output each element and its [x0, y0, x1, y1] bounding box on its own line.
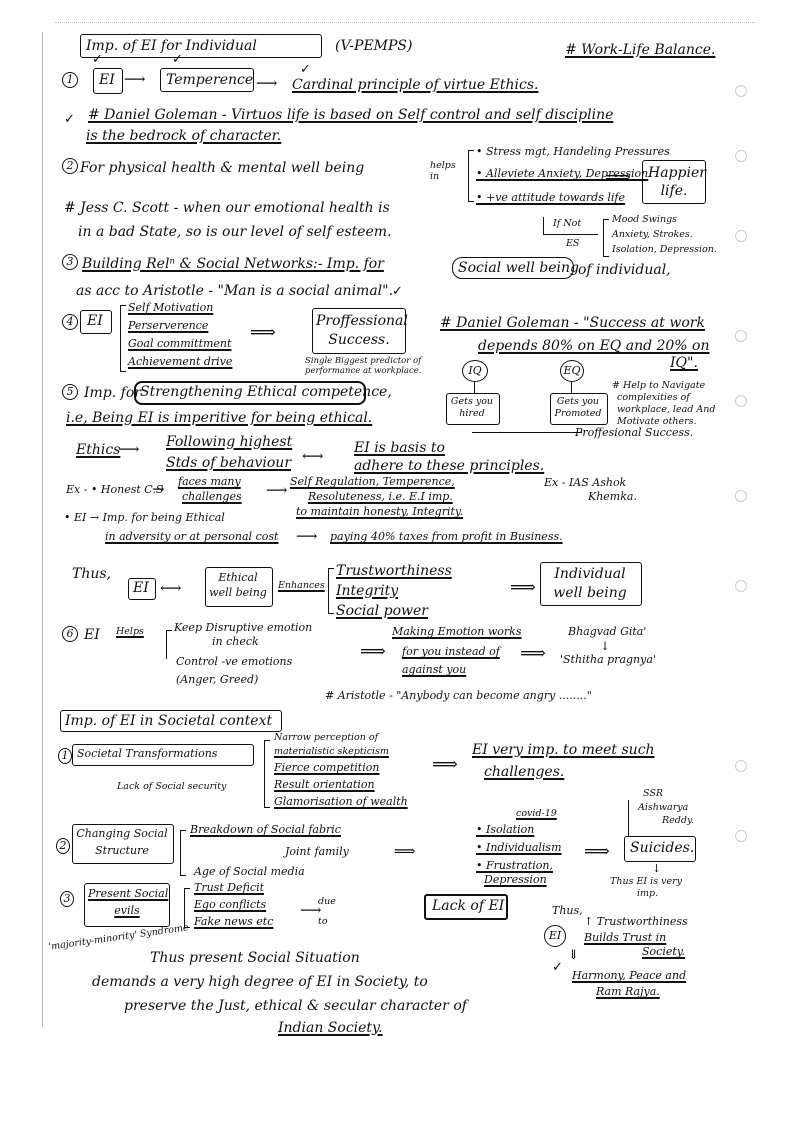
physical-health-text: For physical health & mental well being	[80, 160, 364, 176]
thus-label: Thus,	[552, 905, 583, 917]
es-label: ES	[566, 238, 579, 249]
trust-item: ↑ Trustworthiness	[584, 916, 688, 928]
gets-hired: Gets you hired	[449, 396, 495, 420]
transformation-item: Glamorisation of wealth	[274, 796, 408, 808]
bracket	[120, 305, 126, 372]
helps-item: (Anger, Greed)	[176, 674, 258, 686]
social-evils: evils	[88, 905, 166, 917]
predictor-note: Single Biggest predictor of performance …	[305, 356, 425, 376]
sthitha-pragnya: 'Sthitha pragnya'	[560, 654, 656, 666]
helps-in: helps in	[430, 160, 458, 182]
thus-label: Thus,	[72, 566, 111, 582]
ei-label: EI	[133, 580, 149, 596]
ei-label: EI	[84, 627, 100, 643]
goleman-quote-1: # Daniel Goleman - Virtuos life is based…	[88, 107, 613, 123]
scott-quote-1: # Jess C. Scott - when our emotional hea…	[64, 200, 390, 216]
conclusion: preserve the Just, ethical & secular cha…	[124, 998, 467, 1014]
helps-label: Helps	[116, 626, 144, 637]
evil-item: Trust Deficit	[194, 882, 264, 894]
if-not: If Not	[553, 218, 581, 229]
punch-hole	[735, 580, 747, 592]
arrow-icon: →	[152, 481, 165, 497]
help-note: workplace, lead And	[617, 404, 715, 415]
implies-arrow-icon: ⟹	[510, 580, 536, 596]
goleman-success-3: IQ".	[670, 355, 698, 371]
being-ei-imperative: i.e, Being EI is imperitive for being et…	[66, 410, 372, 426]
down-arrow-icon: ⇓	[568, 948, 579, 964]
harmony: Harmony, Peace and	[572, 970, 686, 982]
goleman-success-1: # Daniel Goleman - "Success at work	[440, 315, 705, 331]
trait: Perserverence	[128, 320, 208, 332]
check-icon: ✓	[64, 112, 75, 127]
notes-page: Imp. of EI for Individual (V-PEMPS) # Wo…	[0, 0, 793, 1122]
changing-structure: Changing Social	[76, 828, 168, 840]
effect-item: • Frustration,	[476, 860, 553, 872]
ethical-competence: Strengthening Ethical competence,	[140, 384, 392, 400]
punch-hole	[735, 830, 747, 842]
punch-hole	[735, 85, 747, 97]
self-regulation: Resoluteness, i.e. E.I imp.	[308, 491, 453, 503]
down-arrow-icon: ↓	[652, 861, 661, 877]
evil-item: Fake news etc	[194, 916, 273, 928]
aristotle-social: as acc to Aristotle - "Man is a social a…	[76, 283, 393, 299]
punch-hole	[735, 330, 747, 342]
point-number: 2	[56, 838, 70, 854]
connector	[472, 432, 582, 433]
goleman-quote-2: is the bedrock of character.	[86, 128, 281, 144]
quality: Integrity	[336, 583, 398, 599]
bhagavad-gita: Bhagvad Gita'	[568, 626, 646, 638]
example-khemka: Khemka.	[588, 491, 637, 503]
thus-very-imp: imp.	[637, 888, 658, 899]
eq-circle: EQ	[560, 360, 584, 382]
trait: Self Motivation	[128, 302, 213, 314]
ethical-wellbeing: Ethical	[208, 572, 268, 584]
punch-hole	[735, 760, 747, 772]
meet-challenges: challenges.	[484, 764, 564, 780]
changing-structure: Structure	[76, 845, 168, 857]
self-regulation: Self Regulation, Temperence,	[290, 476, 455, 488]
double-arrow-icon: ⟷	[160, 580, 182, 596]
point-number: 3	[62, 254, 78, 270]
effect-item: Depression	[484, 874, 547, 886]
ei-ethical-bullet: in adversity or at personal cost	[105, 531, 278, 543]
making-emotions: for you instead of	[402, 646, 500, 658]
implies-arrow-icon: ⟹	[394, 843, 416, 859]
help-note: complexities of	[617, 392, 690, 403]
transformation-item: materialistic skepticism	[274, 746, 389, 757]
double-arrow-icon: ⟷	[302, 448, 324, 464]
due-to: to	[318, 916, 328, 927]
covid-note: covid-19	[516, 808, 557, 819]
ethical-wellbeing: well being	[208, 587, 268, 599]
ei-label: EI	[99, 72, 115, 88]
scott-quote-2: in a bad State, so is our level of self …	[78, 224, 392, 240]
evil-item: Ego conflicts	[194, 899, 266, 911]
case-name: SSR	[643, 788, 663, 799]
point-number: 4	[62, 314, 78, 330]
professional-success-combined: Proffesional Success.	[575, 427, 693, 439]
ei-circle: EI	[544, 925, 566, 947]
trust-item: Builds Trust in	[584, 932, 666, 944]
self-regulation: to maintain honesty, Integrity.	[296, 506, 463, 518]
implies-arrow-icon: ⟹	[520, 646, 546, 662]
punch-hole	[735, 395, 747, 407]
iq-circle: IQ	[462, 360, 488, 382]
transformation-item: Fierce competition	[274, 762, 379, 774]
section2-title: Imp. of EI in Societal context	[65, 713, 272, 729]
implies-arrow-icon: ⟹	[584, 844, 610, 860]
faces-challenges: challenges	[182, 491, 242, 503]
ei-basis: adhere to these principles.	[354, 458, 544, 474]
meet-challenges: EI very imp. to meet such	[472, 742, 655, 758]
implies-arrow-icon: ⟹	[432, 757, 458, 773]
structure-item: Joint family	[285, 846, 349, 858]
check-icon: ✓	[392, 284, 403, 299]
ei-label: EI	[87, 313, 103, 329]
divider	[543, 217, 544, 235]
punch-hole	[735, 230, 747, 242]
making-emotions: against you	[402, 664, 466, 676]
social-wellbeing: Social well being	[458, 260, 579, 276]
ei-basis: EI is basis to	[354, 440, 445, 456]
margin-line	[42, 32, 44, 1027]
bracket	[328, 568, 334, 614]
bracket	[603, 219, 609, 257]
case-name: Reddy.	[662, 815, 694, 826]
helps-item: in check	[212, 636, 259, 648]
mnemonic: (V-PEMPS)	[335, 38, 412, 54]
conclusion: Thus present Social Situation	[150, 950, 360, 966]
divider	[543, 234, 598, 235]
consequence: Anxiety, Strokes.	[612, 229, 693, 240]
arrow-icon: ⟶	[266, 482, 288, 498]
check-icon: ✓	[172, 52, 183, 67]
enhances-label: Enhances	[278, 580, 325, 591]
quality: Trustworthiness	[336, 563, 452, 579]
arrow-icon: ⟶	[118, 441, 140, 457]
aristotle-angry: # Aristotle - "Anybody can become angry …	[325, 690, 592, 702]
trait: Achievement drive	[128, 356, 232, 368]
structure-item: Age of Social media	[194, 866, 305, 878]
individual-wellbeing: Individual	[545, 566, 635, 582]
example-khemka: Ex - IAS Ashok	[544, 477, 626, 489]
implies-arrow-icon: ⟹	[605, 170, 631, 186]
suicides: Suicides.	[630, 840, 694, 856]
lack-social-security: Lack of Social security	[117, 781, 226, 792]
temperance: Temperence	[166, 72, 253, 88]
bracket	[264, 740, 270, 808]
implies-arrow-icon: ⟹	[360, 644, 386, 660]
paying-taxes: paying 40% taxes from profit in Business…	[330, 531, 563, 543]
conclusion: demands a very high degree of EI in Soci…	[92, 974, 428, 990]
ethics-label: Ethics	[76, 442, 120, 458]
lack-of-ei: Lack of EI	[432, 898, 504, 914]
thus-very-imp: Thus EI is very	[610, 876, 682, 887]
following-standards: Stds of behaviour	[166, 455, 291, 471]
help-note: # Help to Navigate	[612, 380, 705, 391]
check-icon: ✓	[92, 52, 103, 67]
arrow-icon: ⟶	[124, 71, 146, 87]
bracket	[166, 630, 172, 659]
consequence: Isolation, Depression.	[612, 244, 717, 255]
consequence: Mood Swings	[612, 214, 677, 225]
implies-arrow-icon: ⟹	[250, 325, 276, 341]
ei-ethical-bullet: • EI → Imp. for being Ethical	[64, 512, 225, 524]
making-emotions: Making Emotion works	[392, 626, 521, 638]
point-number: 1	[62, 72, 78, 88]
bracket	[468, 150, 474, 202]
point-number: 6	[62, 626, 78, 642]
of-individual: of individual,	[578, 262, 671, 278]
individual-wellbeing: well being	[545, 585, 635, 601]
imp-for: Imp. for	[84, 385, 141, 401]
goleman-success-2: depends 80% on EQ and 20% on	[478, 338, 710, 354]
work-life-note: # Work-Life Balance.	[565, 42, 715, 58]
effect-item: • Individualism	[476, 842, 562, 854]
cardinal-principle: Cardinal principle of virtue Ethics.	[292, 77, 538, 93]
faces-challenges: faces many	[178, 476, 241, 488]
professional-success: Proffessional Success.	[316, 312, 402, 350]
helps-item: Keep Disruptive emotion	[174, 622, 312, 634]
trust-item: Society.	[642, 946, 685, 958]
gets-promoted: Gets you Promoted	[553, 396, 603, 420]
conclusion: Indian Society.	[278, 1020, 383, 1036]
helps-item: Control -ve emotions	[176, 656, 292, 668]
punch-hole	[735, 490, 747, 502]
harmony: Ram Rajya.	[596, 986, 660, 998]
arrow-icon: ⟶	[296, 528, 318, 544]
connector	[628, 800, 629, 836]
societal-transformations: Societal Transformations	[77, 748, 217, 760]
example-cs: Ex - • Honest C.S	[66, 484, 163, 496]
benefit-item: • Stress mgt, Handeling Pressures	[476, 146, 670, 158]
happier-life: Happier life.	[648, 164, 700, 200]
structure-item: Breakdown of Social fabric	[190, 824, 341, 836]
point-number: 3	[60, 891, 74, 907]
point-number: 1	[58, 748, 72, 764]
arrow-icon: ⟶	[256, 75, 278, 91]
check-icon: ✓	[552, 960, 563, 975]
point-number: 5	[62, 384, 78, 400]
following-standards: Following highest	[166, 434, 292, 450]
punch-hole	[735, 150, 747, 162]
connector	[474, 381, 475, 393]
check-icon: ✓	[300, 62, 311, 77]
benefit-item: • +ve attitude towards life	[476, 192, 625, 204]
trait: Goal committment	[128, 338, 231, 350]
connector	[571, 381, 572, 393]
social-evils: Present Social	[88, 888, 166, 900]
bracket	[180, 830, 186, 876]
down-arrow-icon: ↓	[600, 638, 610, 654]
building-relations: Building Relⁿ & Social Networks:- Imp. f…	[82, 256, 384, 272]
point-number: 2	[62, 158, 78, 174]
transformation-item: Narrow perception of	[274, 732, 378, 743]
effect-item: • Isolation	[476, 824, 534, 836]
transformation-item: Result orientation	[274, 779, 375, 791]
quality: Social power	[336, 603, 428, 619]
case-name: Aishwarya	[638, 802, 688, 813]
page-top-edge	[55, 22, 755, 23]
